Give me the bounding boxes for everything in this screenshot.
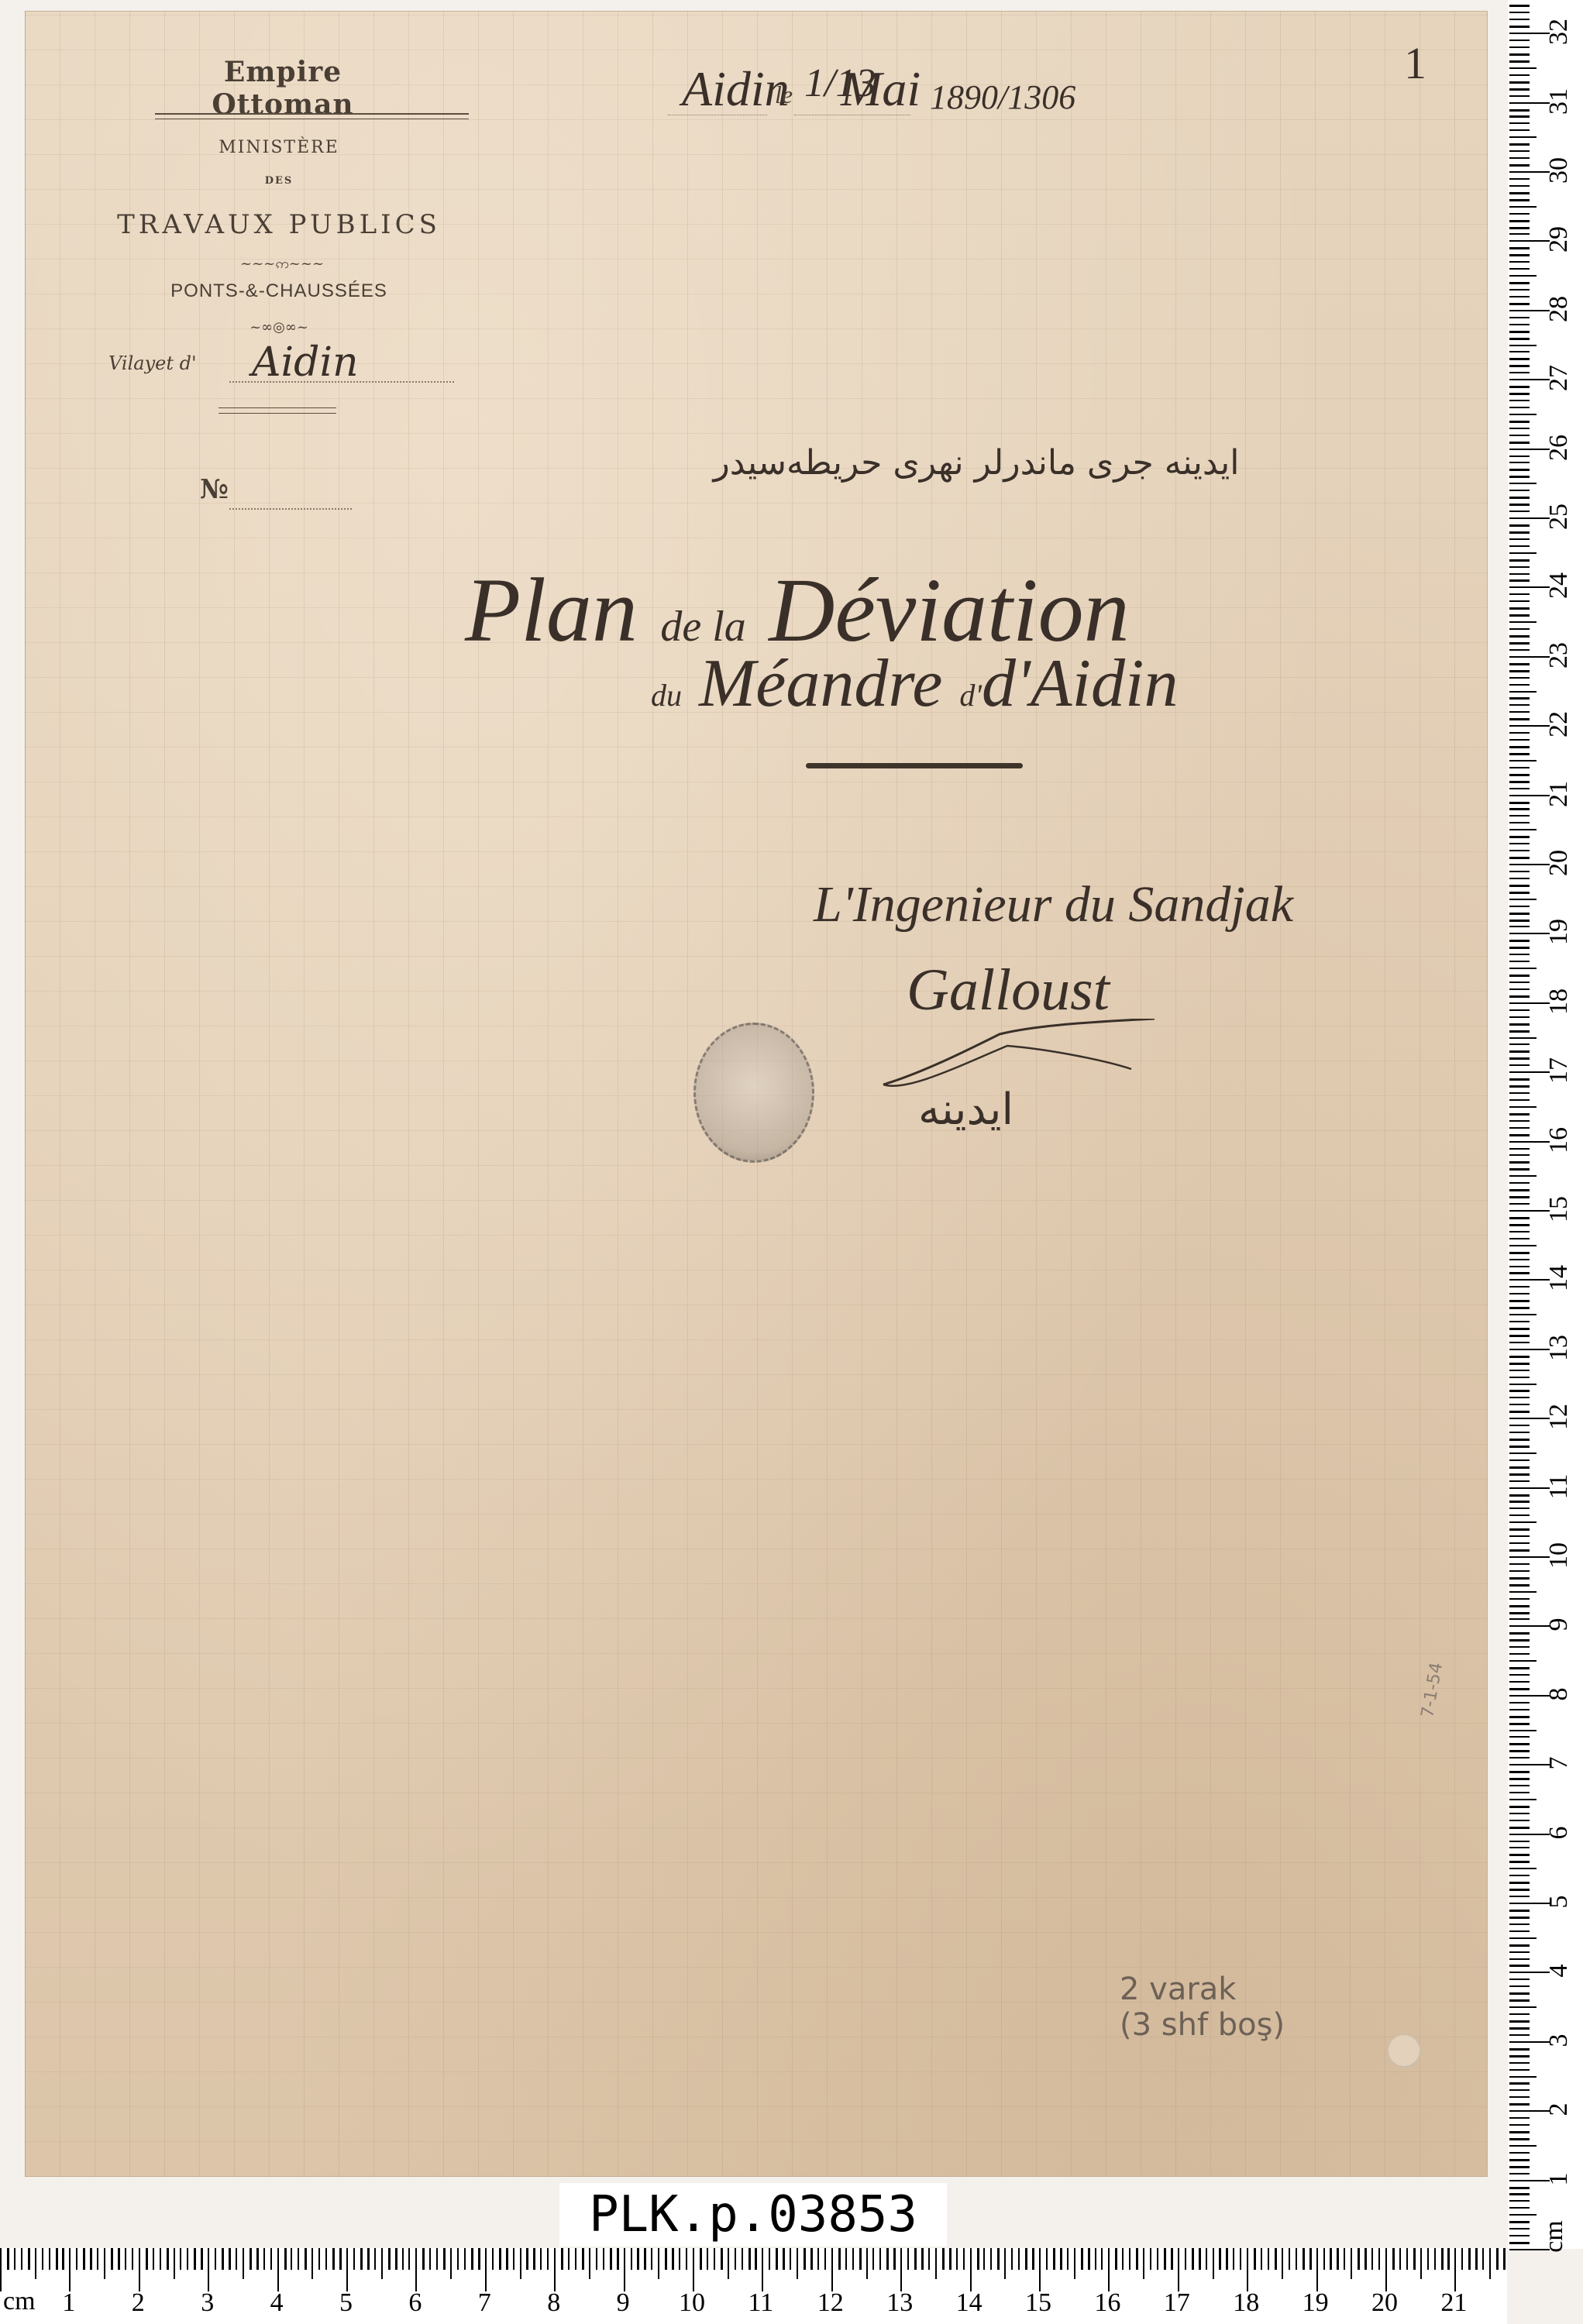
- ruler-tick: [76, 2248, 77, 2270]
- ruler-tick: [1509, 490, 1530, 491]
- ruler-tick: [1509, 808, 1530, 810]
- letterhead-ministere: MINISTÈRE: [132, 138, 426, 157]
- ruler-tick: [1509, 1612, 1530, 1614]
- ruler-tick: [1509, 261, 1530, 263]
- ruler-tick: [1509, 2138, 1530, 2140]
- ruler-bottom-label: 1: [62, 2288, 75, 2318]
- ruler-tick: [1509, 781, 1530, 783]
- ruler-tick: [1509, 1231, 1530, 1232]
- ruler-tick: [1509, 1106, 1537, 1108]
- ruler-tick: [1509, 1937, 1537, 1939]
- ruler-tick: [575, 2248, 576, 2270]
- ruler-tick: [1088, 2248, 1090, 2270]
- ruler-tick: [1282, 2248, 1283, 2279]
- ruler-bottom-label: 4: [270, 2288, 284, 2318]
- ruler-tick: [1509, 1432, 1530, 1433]
- ruler-tick: [1268, 2248, 1269, 2270]
- ruler-tick: [1171, 2248, 1173, 2270]
- vilayet-label: Vilayet d': [108, 352, 197, 374]
- ruler-tick: [1509, 338, 1530, 340]
- ruler-tick: [1025, 2248, 1027, 2270]
- ruler-tick: [1509, 1120, 1530, 1122]
- ruler-tick: [146, 2248, 148, 2270]
- ruler-tick: [1509, 192, 1530, 194]
- ruler-tick: [478, 2248, 480, 2270]
- ruler-bottom: cm 123456789101112131415161718192021: [0, 2248, 1507, 2324]
- ruler-tick: [1509, 1688, 1530, 1690]
- ruler-tick: [526, 2248, 528, 2270]
- ruler-tick: [1509, 1439, 1530, 1441]
- ruler-tick: [1509, 122, 1530, 124]
- ruler-tick: [1509, 2069, 1530, 2071]
- ruler-tick: [1509, 12, 1530, 13]
- ruler-tick: [1509, 1113, 1530, 1116]
- ruler-tick: [1509, 358, 1530, 360]
- ruler-tick: [1509, 1411, 1530, 1413]
- ruler-tick: [1509, 1875, 1530, 1876]
- ruler-tick: [983, 2248, 985, 2270]
- ruler-tick: [949, 2248, 952, 2270]
- ruler-tick: [1509, 1508, 1530, 1509]
- ruler-tick: [1447, 2248, 1450, 2270]
- ruler-tick: [783, 2248, 785, 2270]
- ink-seal-icon: [693, 1023, 814, 1163]
- ruler-bottom-label: 3: [201, 2288, 214, 2318]
- ruler-bottom-label: 14: [956, 2288, 982, 2318]
- ruler-tick: [1509, 1092, 1530, 1094]
- ruler-bottom-label: 17: [1164, 2288, 1190, 2318]
- ruler-tick: [1509, 1702, 1530, 1703]
- ruler-tick: [1509, 1584, 1530, 1587]
- ruler-tick: [1509, 1923, 1530, 1925]
- ruler-tick: [1509, 1563, 1530, 1565]
- ruler-right-label: 4: [1544, 1948, 1574, 1994]
- ruler-right-label: 21: [1544, 771, 1574, 817]
- engineer-signature: Galloust: [907, 957, 1110, 1024]
- ruler-tick: [1509, 885, 1530, 887]
- ruler-tick: [1509, 67, 1537, 69]
- ruler-tick: [311, 2248, 313, 2279]
- ruler-tick: [1509, 1134, 1530, 1136]
- ruler-tick: [700, 2248, 702, 2270]
- ruler-tick: [1509, 704, 1530, 706]
- ruler-tick: [845, 2248, 847, 2270]
- ruler-tick: [1509, 1189, 1530, 1191]
- ruler-tick: [1108, 2248, 1110, 2291]
- ruler-tick: [1399, 2248, 1401, 2270]
- ruler-tick: [1509, 1653, 1530, 1655]
- ruler-tick: [1509, 233, 1530, 235]
- ruler-tick: [1275, 2248, 1277, 2270]
- ruler-right-label: 11: [1544, 1463, 1574, 1510]
- ruler-tick: [1509, 1161, 1530, 1164]
- ruler-tick: [125, 2248, 126, 2270]
- ruler-tick: [886, 2248, 889, 2270]
- ruler-tick: [1509, 345, 1537, 346]
- ruler-tick: [1509, 1847, 1530, 1848]
- ruler-tick: [1509, 414, 1537, 415]
- ruler-tick: [1337, 2248, 1339, 2270]
- ruler-bottom-label: 7: [478, 2288, 491, 2318]
- ruler-tick: [21, 2248, 22, 2270]
- ruler-tick: [471, 2248, 473, 2270]
- ruler-tick: [1509, 2027, 1530, 2030]
- ruler-tick: [1509, 1716, 1530, 1718]
- engineer-role: L'Ingenieur du Sandjak: [814, 875, 1293, 934]
- ruler-tick: [1406, 2248, 1408, 2270]
- ruler-tick: [1503, 2248, 1506, 2270]
- date-place: Aidin: [682, 60, 790, 118]
- ruler-tick: [1509, 53, 1530, 56]
- ruler-tick: [1378, 2248, 1380, 2270]
- ruler-tick: [679, 2248, 680, 2270]
- ruler-tick: [499, 2248, 501, 2270]
- ruler-tick: [408, 2248, 410, 2270]
- ruler-tick: [1509, 760, 1537, 761]
- ruler-tick: [1509, 1681, 1530, 1683]
- ruler-tick: [83, 2248, 85, 2270]
- ruler-tick: [1509, 476, 1530, 478]
- ruler-right-label: 6: [1544, 1810, 1574, 1856]
- number-label: №: [200, 474, 229, 505]
- ruler-tick: [893, 2248, 896, 2270]
- ruler-tick: [1509, 545, 1530, 547]
- ruler-tick: [1509, 185, 1530, 187]
- ruler-tick: [381, 2248, 383, 2279]
- letterhead-ornament-icon: ~~~ဢ~~~: [240, 254, 318, 275]
- ruler-tick: [1509, 906, 1530, 907]
- ruler-bottom-label: 9: [617, 2288, 630, 2318]
- ruler-tick: [256, 2248, 259, 2270]
- ruler-tick: [1509, 1709, 1530, 1710]
- ruler-right-label: 22: [1544, 701, 1574, 748]
- ruler-tick: [1509, 1660, 1537, 1662]
- title-plan: Plan: [465, 559, 638, 661]
- ruler-tick: [1157, 2248, 1158, 2270]
- ruler-tick: [1509, 456, 1530, 457]
- ruler-tick: [1509, 150, 1530, 152]
- ruler-tick: [990, 2248, 992, 2270]
- ruler-tick: [797, 2248, 798, 2279]
- ruler-tick: [1509, 1030, 1530, 1033]
- ruler-tick: [1509, 351, 1530, 352]
- ruler-tick: [1509, 400, 1530, 401]
- ruler-bottom-label: 8: [547, 2288, 560, 2318]
- ruler-tick: [1509, 421, 1530, 423]
- ottoman-signature-note: ایدینه: [918, 1085, 1013, 1135]
- ruler-tick: [1509, 649, 1530, 651]
- ruler-tick: [208, 2248, 209, 2291]
- ruler-right-label: 28: [1544, 286, 1574, 332]
- ruler-tick: [1004, 2248, 1006, 2279]
- title-aidin: d'Aidin: [982, 646, 1178, 721]
- ruler-tick: [1509, 1605, 1530, 1607]
- ruler-tick: [1509, 524, 1530, 527]
- ruler-tick: [928, 2248, 930, 2270]
- ruler-tick: [1509, 2124, 1530, 2126]
- ruler-tick: [776, 2248, 778, 2270]
- ruler-tick: [1509, 1632, 1530, 1635]
- ruler-tick: [1509, 1618, 1530, 1620]
- ruler-tick: [1509, 1307, 1530, 1309]
- ruler-tick: [1509, 1466, 1530, 1469]
- ruler-tick: [1509, 829, 1537, 830]
- date-le: le: [775, 81, 793, 109]
- ruler-tick: [49, 2248, 50, 2270]
- ruler-tick: [1509, 531, 1530, 534]
- ruler-tick: [1509, 1321, 1530, 1322]
- ruler-tick: [35, 2248, 36, 2279]
- ruler-tick: [1482, 2248, 1484, 2270]
- ruler-tick: [1060, 2248, 1062, 2270]
- ruler-tick: [1509, 2131, 1530, 2133]
- ruler-bottom-label: 15: [1025, 2288, 1051, 2318]
- ruler-tick: [1468, 2248, 1471, 2270]
- ruler-tick: [506, 2248, 508, 2270]
- ruler-right-label: 7: [1544, 1740, 1574, 1786]
- ruler-tick: [1509, 593, 1530, 595]
- ruler-tick: [1509, 1272, 1530, 1274]
- ruler-tick: [1509, 1154, 1530, 1156]
- ruler-tick: [1509, 2221, 1530, 2223]
- ruler-tick: [1509, 1064, 1530, 1066]
- ruler-tick: [1509, 670, 1530, 672]
- ruler-tick: [1509, 435, 1530, 436]
- ruler-tick: [1509, 213, 1530, 215]
- ruler-tick: [1509, 1882, 1530, 1884]
- ruler-tick: [1509, 1217, 1530, 1219]
- ruler-tick: [1316, 2248, 1318, 2291]
- ruler-tick: [1509, 407, 1530, 408]
- ruler-tick: [1509, 1224, 1530, 1226]
- ruler-tick: [62, 2248, 64, 2270]
- ruler-tick: [1509, 1342, 1530, 1343]
- ruler-tick: [1509, 254, 1530, 256]
- ruler-tick: [1509, 1148, 1530, 1150]
- ruler-tick: [1509, 1917, 1530, 1919]
- letterhead-rule: [219, 407, 336, 408]
- ruler-tick: [547, 2248, 549, 2270]
- ruler-tick: [229, 2248, 231, 2270]
- ruler-right-label: 29: [1544, 216, 1574, 263]
- ruler-tick: [1509, 95, 1530, 97]
- ruler-tick: [1509, 2062, 1530, 2064]
- ruler-tick: [1509, 2048, 1530, 2051]
- ruler-tick: [582, 2248, 584, 2270]
- ruler-tick: [596, 2248, 597, 2270]
- ruler-tick: [346, 2248, 348, 2291]
- ruler-right-label: 30: [1544, 147, 1574, 194]
- ruler-tick: [1509, 559, 1530, 562]
- ruler-tick: [1509, 1175, 1537, 1177]
- ruler-tick: [1509, 2187, 1530, 2189]
- ruler-tick: [762, 2248, 763, 2291]
- ruler-tick: [415, 2248, 417, 2291]
- ruler-tick: [395, 2248, 397, 2270]
- ruler-tick: [1254, 2248, 1256, 2270]
- title-d: d': [959, 678, 982, 713]
- ruler-tick: [603, 2248, 604, 2270]
- ruler-tick: [132, 2248, 133, 2270]
- ruler-tick: [589, 2248, 590, 2279]
- ruler-tick: [1509, 1252, 1530, 1254]
- ruler-tick: [1509, 469, 1530, 471]
- ruler-tick: [1509, 1259, 1530, 1260]
- ruler-tick: [686, 2248, 687, 2270]
- ruler-tick: [672, 2248, 674, 2270]
- ruler-tick: [1509, 1743, 1530, 1745]
- ruler-tick: [1509, 802, 1530, 804]
- ruler-tick: [1509, 857, 1530, 859]
- ruler-tick: [1509, 1473, 1530, 1476]
- ruler-tick: [1509, 324, 1530, 325]
- ruler-tick: [1509, 2242, 1530, 2244]
- ruler-tick: [1509, 899, 1537, 900]
- ruler-bottom-label: 11: [748, 2288, 773, 2318]
- title-meandre: Méandre: [699, 646, 942, 721]
- ruler-right-label: 14: [1544, 1255, 1574, 1301]
- ruler-tick: [1206, 2248, 1207, 2270]
- ruler-tick: [1509, 2200, 1530, 2202]
- ruler-tick: [1509, 5, 1530, 7]
- letterhead-rule: [155, 119, 469, 119]
- ruler-tick: [1509, 1300, 1530, 1302]
- ruler-tick: [118, 2248, 120, 2270]
- ruler-tick: [1509, 365, 1530, 367]
- ruler-tick: [1101, 2248, 1103, 2270]
- ruler-tick: [810, 2248, 813, 2270]
- ruler-tick: [1509, 1245, 1537, 1246]
- ruler-tick: [1509, 718, 1530, 720]
- ruler-right-unit: cm: [1540, 2213, 1569, 2260]
- ruler-tick: [464, 2248, 466, 2270]
- ruler-tick: [1509, 26, 1530, 28]
- ruler-tick: [1509, 442, 1530, 444]
- ruler-tick: [1509, 635, 1530, 638]
- ruler-tick: [1509, 1494, 1530, 1497]
- ruler-tick: [1344, 2248, 1345, 2270]
- ruler-tick: [1509, 1639, 1530, 1642]
- ruler-tick: [1475, 2248, 1478, 2270]
- ruler-tick: [1509, 220, 1530, 222]
- ruler-right-label: 26: [1544, 425, 1574, 471]
- ruler-right: cm 1234567891011121314151617181920212223…: [1508, 0, 1583, 2249]
- ruler-tick: [1509, 2152, 1530, 2154]
- ruler-tick: [1509, 1854, 1530, 1856]
- ruler-tick: [1509, 46, 1530, 48]
- ruler-tick: [1509, 1958, 1530, 1960]
- ruler-tick: [1509, 1286, 1530, 1287]
- ruler-tick: [1509, 1009, 1530, 1011]
- ruler-bottom-label: 18: [1233, 2288, 1259, 2318]
- ruler-tick: [1509, 1127, 1530, 1129]
- ruler-tick: [1509, 1813, 1530, 1814]
- ruler-tick: [1509, 573, 1530, 575]
- ruler-tick: [1509, 289, 1530, 290]
- ruler-tick: [1233, 2248, 1234, 2270]
- ruler-tick: [1074, 2248, 1075, 2279]
- date-dotted-line: [668, 115, 767, 115]
- ruler-tick: [1199, 2248, 1201, 2270]
- ruler-tick: [215, 2248, 216, 2270]
- ruler-tick: [1509, 1868, 1537, 1869]
- ruler-tick: [402, 2248, 404, 2270]
- ruler-tick: [277, 2248, 279, 2291]
- ruler-tick: [1509, 982, 1530, 983]
- ruler-tick: [1509, 1542, 1530, 1544]
- ruler-tick: [520, 2248, 521, 2279]
- ruler-tick: [160, 2248, 161, 2270]
- ruler-tick: [1509, 2103, 1530, 2106]
- ruler-tick: [1489, 2248, 1491, 2279]
- ruler-tick: [914, 2248, 917, 2270]
- ruler-tick: [90, 2248, 92, 2270]
- ruler-bottom-label: 13: [886, 2288, 913, 2318]
- ruler-tick: [1509, 60, 1530, 63]
- ruler-right-label: 18: [1544, 978, 1574, 1025]
- ruler-tick: [1509, 1930, 1530, 1932]
- ruler-tick: [1509, 2034, 1530, 2036]
- ruler-tick: [533, 2248, 535, 2270]
- ruler-tick: [1509, 621, 1537, 623]
- ruler-tick: [651, 2248, 652, 2270]
- ruler-tick: [1115, 2248, 1117, 2270]
- ruler-tick: [1509, 497, 1530, 499]
- punch-hole-icon: [1387, 2033, 1421, 2068]
- ruler-tick: [1509, 1196, 1530, 1198]
- ruler-tick: [1509, 1667, 1530, 1669]
- ruler-tick: [1509, 1778, 1530, 1780]
- ruler-tick: [1509, 1480, 1530, 1482]
- ruler-tick: [1067, 2248, 1069, 2270]
- ruler-tick: [624, 2248, 625, 2291]
- ruler-tick: [1509, 1646, 1530, 1648]
- ruler-tick: [728, 2248, 729, 2279]
- ruler-tick: [1509, 1037, 1537, 1039]
- ruler-tick: [0, 2248, 2, 2291]
- ruler-bottom-label: 12: [817, 2288, 844, 2318]
- ruler-tick: [1509, 961, 1530, 962]
- ruler-bottom-label: 20: [1371, 2288, 1398, 2318]
- ruler-right-label: 9: [1544, 1601, 1574, 1648]
- letterhead-rule: [219, 413, 336, 414]
- ruler-tick: [1509, 940, 1530, 942]
- ruler-right-label: 15: [1544, 1186, 1574, 1232]
- ruler-tick: [1039, 2248, 1041, 2291]
- ruler-tick: [1509, 157, 1530, 159]
- ruler-tick: [1509, 1514, 1530, 1516]
- ruler-tick: [540, 2248, 542, 2270]
- ruler-tick: [1509, 607, 1530, 610]
- ruler-tick: [735, 2248, 736, 2270]
- ruler-tick: [1509, 871, 1530, 872]
- ruler-tick: [1509, 600, 1530, 602]
- ruler-right-label: 8: [1544, 1671, 1574, 1717]
- ruler-tick: [1509, 892, 1530, 894]
- ruler-tick: [1509, 115, 1530, 118]
- ruler-tick: [1509, 2235, 1530, 2236]
- ruler-tick: [1509, 1384, 1537, 1385]
- ruler-tick: [42, 2248, 43, 2270]
- ruler-tick: [554, 2248, 556, 2291]
- ruler-tick: [997, 2248, 1000, 2270]
- ruler-tick: [1011, 2248, 1013, 2270]
- ruler-tick: [1330, 2248, 1332, 2270]
- ruler-tick: [1509, 1328, 1530, 1330]
- ruler-right-label: 31: [1544, 78, 1574, 125]
- ruler-tick: [180, 2248, 181, 2270]
- ruler-tick: [1420, 2248, 1422, 2279]
